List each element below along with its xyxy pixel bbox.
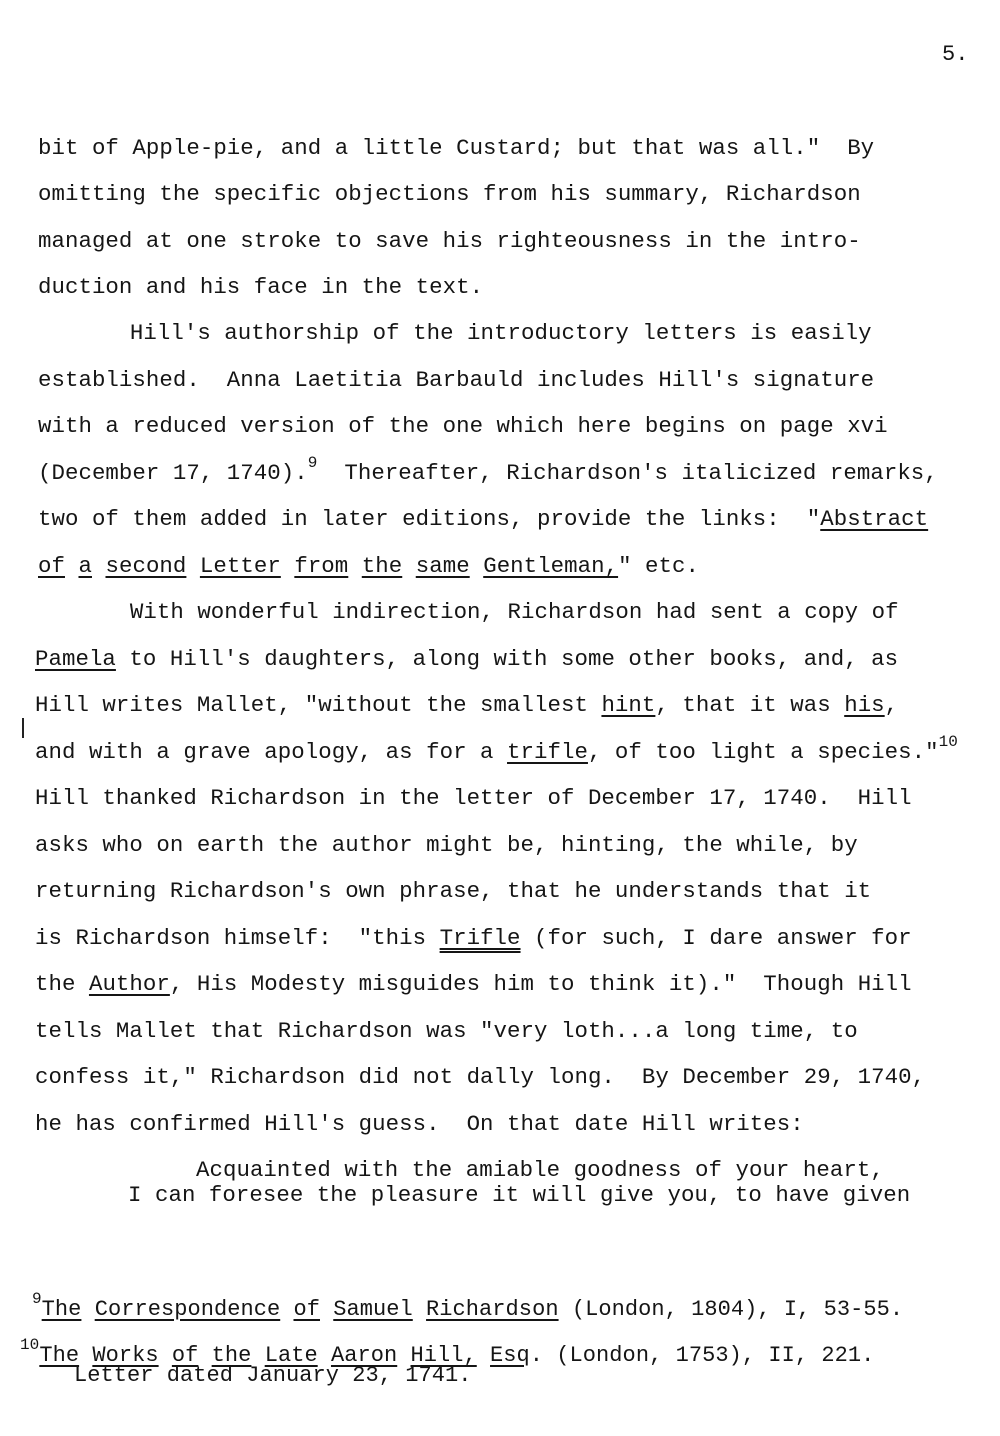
footnote-number: 9 bbox=[32, 1290, 42, 1308]
body-line: Hill writes Mallet, "without the smalles… bbox=[35, 691, 898, 719]
underlined-title: Pamela bbox=[35, 646, 116, 672]
text: Thereafter, Richardson's italicized rema… bbox=[317, 460, 937, 486]
underlined-title: second bbox=[105, 553, 186, 579]
text: (London, 1804), I, 53-55. bbox=[559, 1297, 904, 1322]
underlined-title: The bbox=[42, 1297, 82, 1322]
underlined-title: Letter bbox=[200, 553, 281, 579]
body-line: established. Anna Laetitia Barbauld incl… bbox=[38, 366, 874, 394]
body-line: of a second Letter from the same Gentlem… bbox=[38, 552, 699, 580]
footnote-number: 10 bbox=[20, 1336, 39, 1354]
text: two of them added in later editions, pro… bbox=[38, 506, 820, 532]
text: to Hill's daughters, along with some oth… bbox=[116, 646, 898, 672]
underlined-title: Esq bbox=[490, 1343, 530, 1368]
page-number: 5. bbox=[942, 42, 968, 67]
underlined-word: trifle bbox=[507, 739, 588, 765]
text: the bbox=[35, 971, 89, 997]
underlined-word: hint bbox=[601, 692, 655, 718]
underlined-title: same bbox=[416, 553, 470, 579]
text: , bbox=[885, 692, 899, 718]
body-line: returning Richardson's own phrase, that … bbox=[35, 877, 871, 905]
footnote-9: 9The Correspondence of Samuel Richardson… bbox=[32, 1296, 903, 1325]
body-line: two of them added in later editions, pro… bbox=[38, 505, 928, 533]
body-line: With wonderful indirection, Richardson h… bbox=[22, 598, 899, 626]
body-line: Hill thanked Richardson in the letter of… bbox=[35, 784, 912, 812]
body-line: and with a grave apology, as for a trifl… bbox=[35, 738, 958, 768]
underlined-word: his bbox=[844, 692, 884, 718]
underlined-title: a bbox=[78, 553, 92, 579]
underlined-title: of bbox=[38, 553, 65, 579]
text: and with a grave apology, as for a bbox=[35, 739, 507, 765]
text: (December 17, 1740). bbox=[38, 460, 308, 486]
double-underlined-word: Trifle bbox=[440, 925, 521, 951]
footnote-ref-9: 9 bbox=[308, 454, 318, 472]
underlined-title: the bbox=[362, 553, 402, 579]
underlined-title: from bbox=[294, 553, 348, 579]
text: " etc. bbox=[618, 553, 699, 579]
document-page: 5. bit of Apple-pie, and a little Custar… bbox=[0, 0, 1000, 1436]
text: , His Modesty misguides him to think it)… bbox=[170, 971, 912, 997]
body-line: (December 17, 1740).9 Thereafter, Richar… bbox=[38, 459, 938, 489]
body-line: with a reduced version of the one which … bbox=[38, 412, 888, 440]
text: is Richardson himself: "this bbox=[35, 925, 440, 951]
text: (for such, I dare answer for bbox=[521, 925, 912, 951]
underlined-title: Abstract bbox=[820, 506, 928, 532]
body-line: asks who on earth the author might be, h… bbox=[35, 831, 858, 859]
block-quote-line: Acquainted with the amiable goodness of … bbox=[196, 1156, 884, 1184]
footnote-ref-10: 10 bbox=[939, 733, 958, 751]
body-line: managed at one stroke to save his righte… bbox=[38, 227, 861, 255]
body-line: the Author, His Modesty misguides him to… bbox=[35, 970, 912, 998]
body-line: Hill's authorship of the introductory le… bbox=[22, 319, 872, 347]
underlined-word: Author bbox=[89, 971, 170, 997]
body-line: omitting the specific objections from hi… bbox=[38, 180, 861, 208]
body-line: bit of Apple-pie, and a little Custard; … bbox=[38, 134, 874, 162]
underlined-title: Gentleman, bbox=[483, 553, 618, 579]
block-quote-line: I can foresee the pleasure it will give … bbox=[128, 1181, 910, 1209]
body-line: he has confirmed Hill's guess. On that d… bbox=[35, 1110, 804, 1138]
margin-mark bbox=[22, 718, 24, 738]
underlined-title: Samuel bbox=[333, 1297, 413, 1322]
text: . (London, 1753), II, 221. bbox=[530, 1343, 875, 1368]
underlined-title: Correspondence bbox=[95, 1297, 281, 1322]
body-line: tells Mallet that Richardson was "very l… bbox=[35, 1017, 858, 1045]
body-line: is Richardson himself: "this Trifle (for… bbox=[35, 924, 912, 952]
body-line: Pamela to Hill's daughters, along with s… bbox=[35, 645, 898, 673]
text: Hill writes Mallet, "without the smalles… bbox=[35, 692, 601, 718]
footnote-10-continuation: Letter dated January 23, 1741. bbox=[74, 1362, 472, 1390]
text: , that it was bbox=[655, 692, 844, 718]
underlined-title: Richardson bbox=[426, 1297, 559, 1322]
text: , of too light a species." bbox=[588, 739, 939, 765]
body-line: duction and his face in the text. bbox=[38, 273, 483, 301]
body-line: confess it," Richardson did not dally lo… bbox=[35, 1063, 925, 1091]
underlined-title: of bbox=[293, 1297, 320, 1322]
